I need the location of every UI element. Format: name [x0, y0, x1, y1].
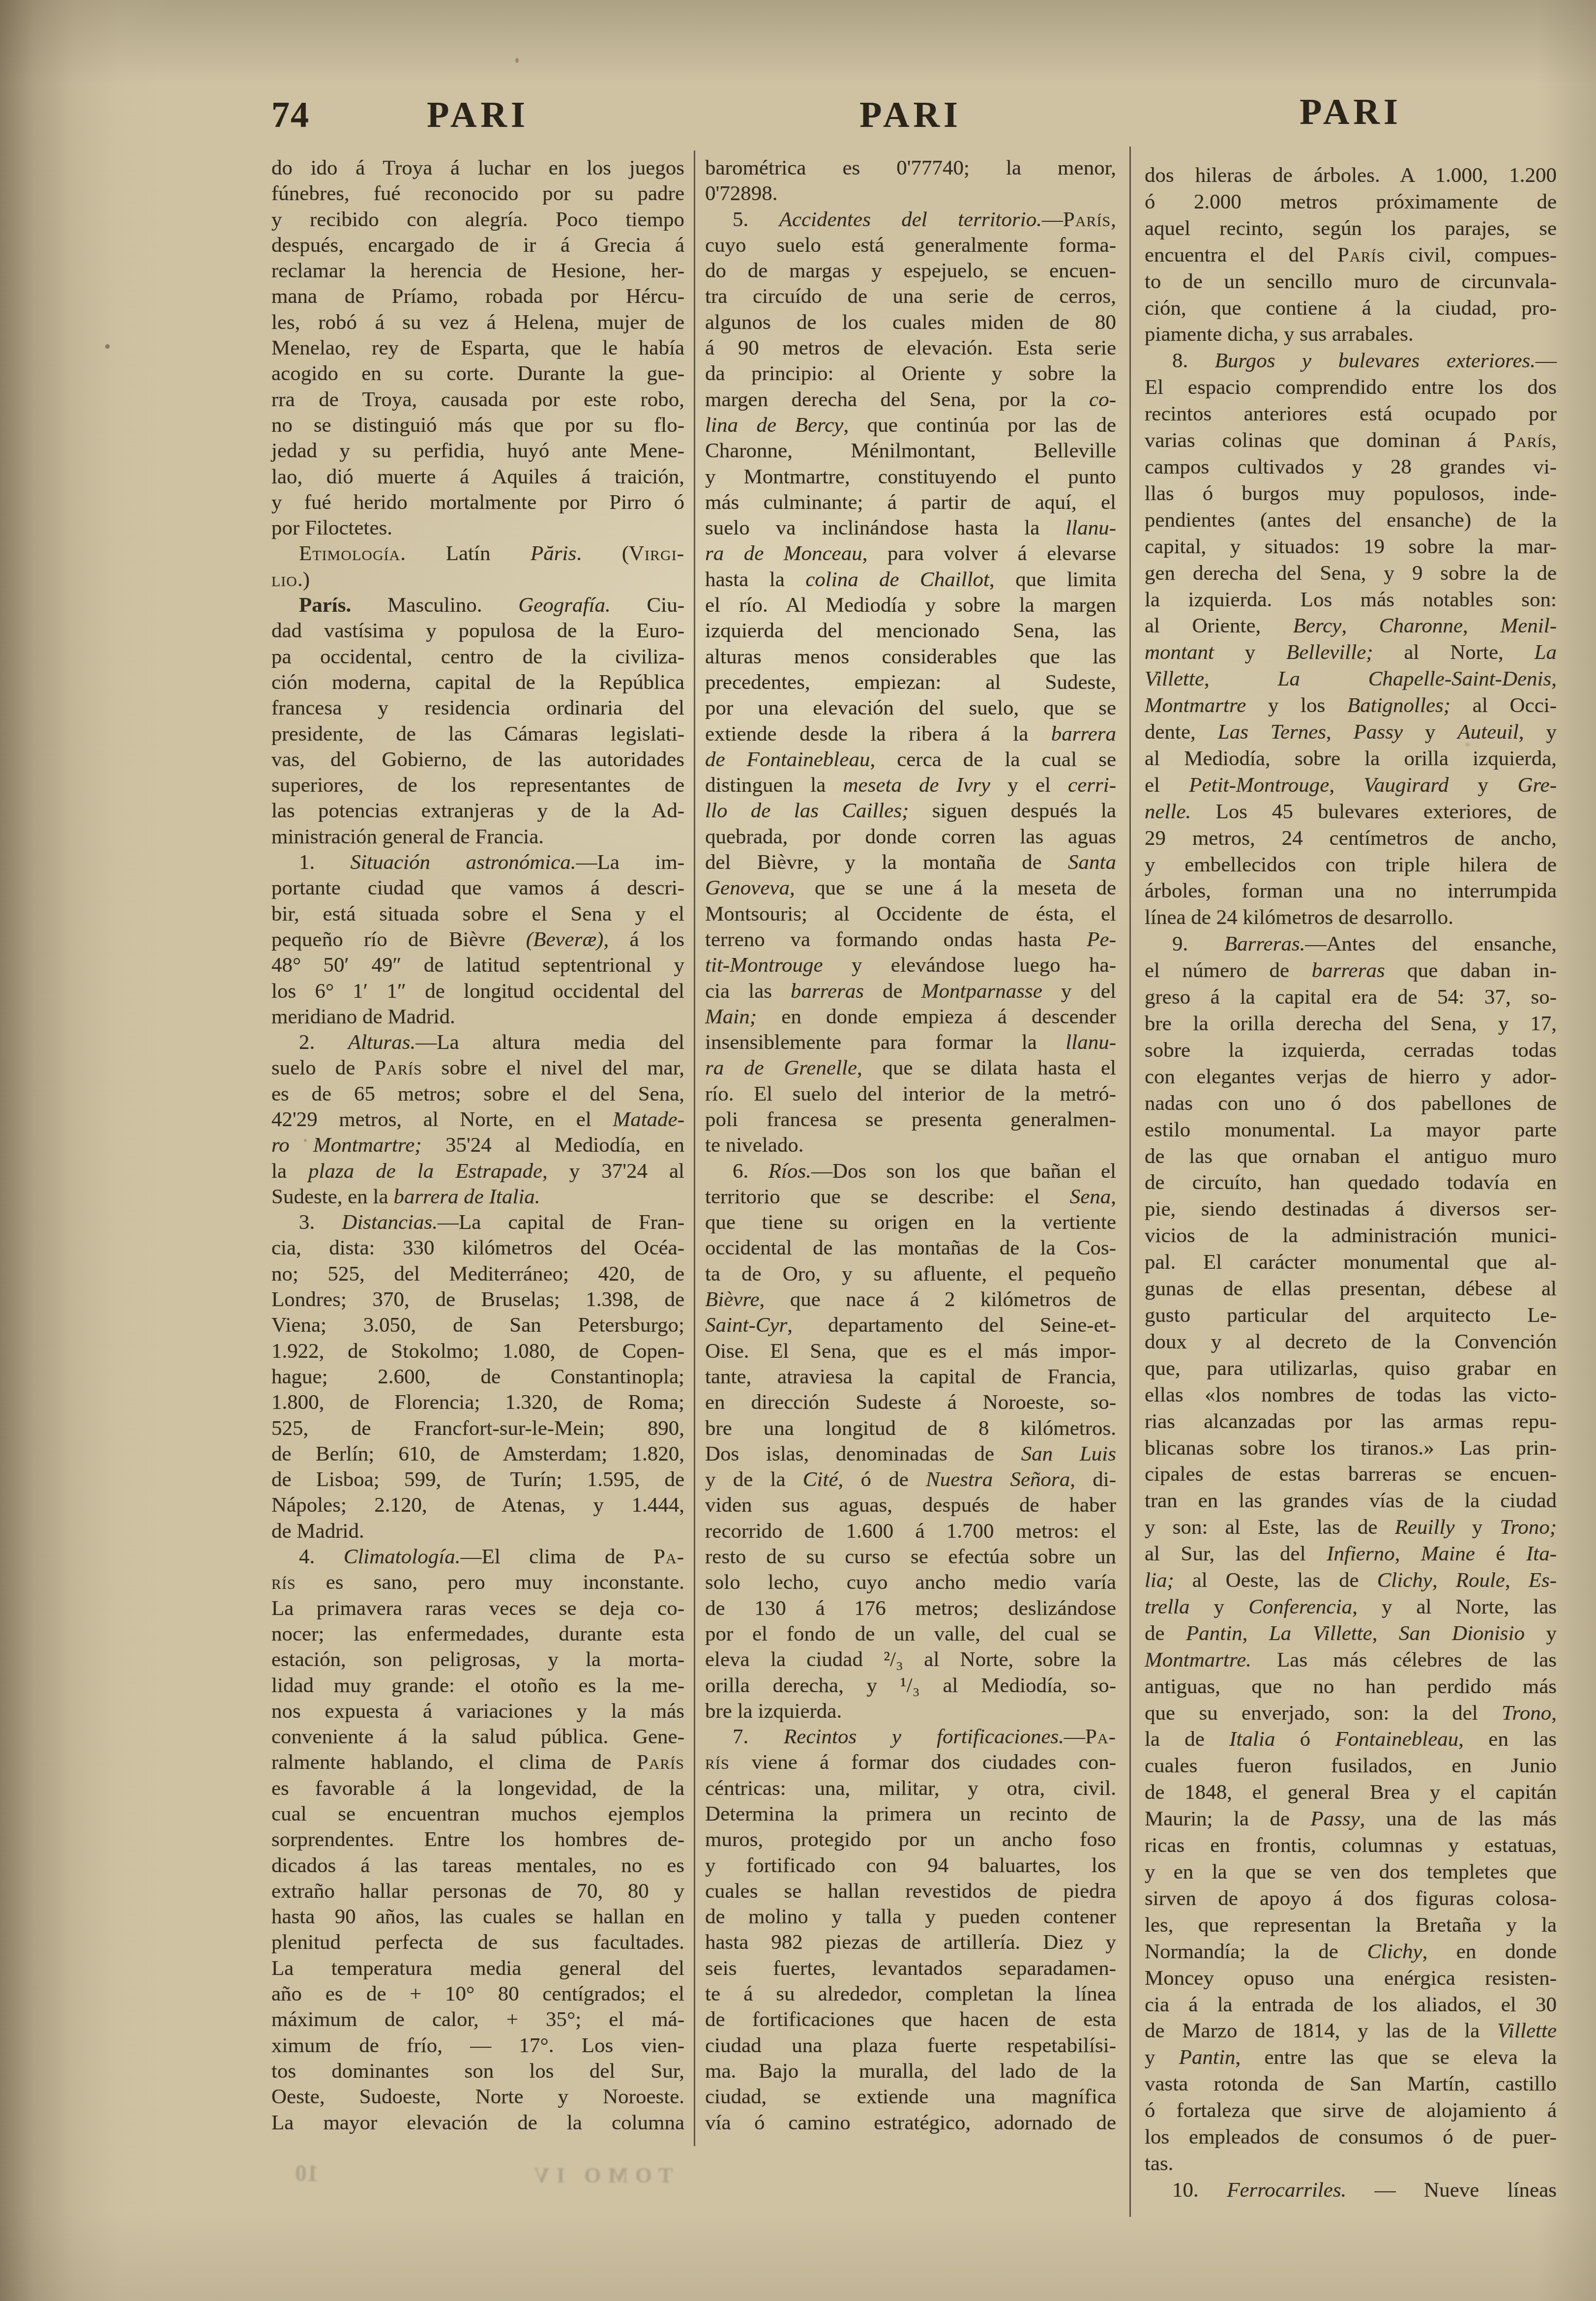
- text-line: la plaza de la Estrapade, y 37'24 al: [271, 1159, 684, 1184]
- text-line: les, robó á su vez á Helena, mujer de: [271, 310, 684, 335]
- text-line: Maurin; la de Passy, una de las más: [1145, 1806, 1557, 1832]
- text-line: cia, dista: 330 kilómetros del Océa-: [271, 1235, 684, 1261]
- text-line: ciudad una plaza fuerte respetabilísi-: [705, 2033, 1116, 2059]
- text-line: gusto particular del arquitecto Le-: [1145, 1302, 1557, 1329]
- text-line: francesa y residencia ordinaria del: [271, 695, 684, 721]
- text-line: dad vastísima y populosa de la Euro-: [271, 618, 684, 644]
- text-line: Oeste, Sudoeste, Norte y Noroeste.: [271, 2084, 684, 2110]
- text-line: pie, siendo destinadas á diversos ser-: [1145, 1196, 1557, 1223]
- running-head-column-2: PARI: [705, 94, 1116, 136]
- text-line: varias colinas que dominan á París,: [1145, 427, 1557, 454]
- paper-speck: [105, 344, 110, 349]
- text-line: los 6° 1′ 1″ de longitud occidental del: [271, 979, 684, 1004]
- text-line: lina de Bercy, que continúa por las de: [705, 413, 1116, 438]
- text-line: tos dominantes son los del Sur,: [271, 2059, 684, 2084]
- text-line: á 90 metros de elevación. Esta serie: [705, 335, 1116, 361]
- book-page: { "page": { "number": "74", "keyword": "…: [0, 0, 1596, 2301]
- text-line: Dos islas, denominadas de San Luis: [705, 1441, 1116, 1467]
- text-line: bre la izquierda.: [705, 1699, 1116, 1724]
- text-line: encuentra el del París civil, compues-: [1145, 242, 1557, 269]
- text-line: cia á la entrada de los aliados, el 30: [1145, 1992, 1557, 2018]
- text-line: al Mediodía, sobre la orilla izquierda,: [1145, 746, 1557, 772]
- text-line: algunos de los cuales miden de 80: [705, 310, 1116, 335]
- text-line: cuales se hallan revestidos de piedra: [705, 1879, 1116, 1904]
- text-line: pequeño río de Bièvre (Beveræ), á los: [271, 927, 684, 953]
- text-line: presidente, de las Cámaras legislati-: [271, 721, 684, 747]
- text-line: de Marzo de 1814, y las de la Villette: [1145, 2018, 1557, 2044]
- text-line: Saint-Cyr, departamento del Seine-et-: [705, 1313, 1116, 1338]
- text-line: bre una longitud de 8 kilómetros.: [705, 1416, 1116, 1441]
- text-line: dos hileras de árboles. A 1.000, 1.200: [1145, 162, 1557, 189]
- text-line: al Sur, las del Infierno, Maine é Ita-: [1145, 1541, 1557, 1567]
- column-divider-rule-2: [1129, 147, 1131, 2217]
- text-line: tas.: [1145, 2151, 1557, 2177]
- text-line: to de un sencillo muro de circunvala-: [1145, 269, 1557, 295]
- text-line: sirven de apoyo á dos figuras colosa-: [1145, 1885, 1557, 1912]
- text-line: Nápoles; 2.120, de Atenas, y 1.444,: [271, 1493, 684, 1518]
- text-line: no se distinguió más que por su flo-: [271, 413, 684, 438]
- text-line: muros, protegido por un ancho foso: [705, 1827, 1116, 1853]
- show-through-volume-mark: TOMO IV: [527, 2163, 673, 2188]
- text-line: antiguas, que no han perdido más: [1145, 1673, 1557, 1700]
- text-line: recorrido de 1.600 á 1.700 metros: el: [705, 1519, 1116, 1544]
- text-line: rís viene á formar dos ciudades con-: [705, 1750, 1116, 1775]
- text-line: pal. El carácter monumental que al-: [1145, 1249, 1557, 1276]
- text-line: do de margas y espejuelo, se encuen-: [705, 258, 1116, 284]
- text-line: el río. Al Mediodía y sobre la margen: [705, 593, 1116, 618]
- text-line: Montmartre y los Batignolles; al Occi-: [1145, 692, 1557, 719]
- text-line: y en la que se ven dos templetes que: [1145, 1859, 1557, 1885]
- text-line: reclamar la herencia de Hesione, her-: [271, 258, 684, 284]
- text-line: al Oriente, Bercy, Charonne, Menil-: [1145, 613, 1557, 639]
- text-line: Genoveva, que se une á la meseta de: [705, 875, 1116, 901]
- text-line: estilo monumental. La mayor parte: [1145, 1117, 1557, 1143]
- text-line: de Madrid.: [271, 1519, 684, 1544]
- text-line: ma. Bajo la muralla, del lado de la: [705, 2059, 1116, 2084]
- text-line: el Petit-Montrouge, Vaugirard y Gre-: [1145, 772, 1557, 799]
- text-line: cual se encuentran muchos ejemplos: [271, 1801, 684, 1827]
- text-line: dicados á las tareas mentales, no es: [271, 1853, 684, 1879]
- text-line: Main; en donde empieza á descender: [705, 1004, 1116, 1030]
- text-line: estación, son peligrosas, y la morta-: [271, 1647, 684, 1673]
- text-line: llas ó burgos muy populosos, inde-: [1145, 480, 1557, 507]
- text-line: 1.922, de Stokolmo; 1.080, de Copen-: [271, 1339, 684, 1364]
- paper-speck: [515, 58, 519, 63]
- text-line: Viena; 3.050, de San Petersburgo;: [271, 1313, 684, 1338]
- text-line: después, encargado de ir á Grecia á: [271, 233, 684, 258]
- text-line: ción, que contiene á la ciudad, pro-: [1145, 295, 1557, 322]
- text-line: de circuíto, han quedado todavía en: [1145, 1169, 1557, 1196]
- text-line: no; 525, del Mediterráneo; 420, de: [271, 1261, 684, 1287]
- text-line: que su enverjado, son: la del Trono,: [1145, 1700, 1557, 1727]
- text-line: y Montmartre, constituyendo el punto: [705, 464, 1116, 490]
- text-line: 525, de Francfort-sur-le-Mein; 890,: [271, 1416, 684, 1441]
- text-line: tit-Montrouge y elevándose luego ha-: [705, 953, 1116, 978]
- text-line: y embellecidos con triple hilera de: [1145, 852, 1557, 878]
- text-line: acogido en su corte. Durante la gue-: [271, 361, 684, 387]
- text-line: rra de Troya, causada por este robo,: [271, 387, 684, 413]
- text-line: 1. Situación astronómica.—La im-: [271, 850, 684, 875]
- text-line: les, que representan la Bretaña y la: [1145, 1912, 1557, 1939]
- text-line: Menelao, rey de Esparta, que le había: [271, 335, 684, 361]
- text-line: es favorable á la longevidad, de la: [271, 1776, 684, 1801]
- text-line: aquel recinto, según los parajes, se: [1145, 215, 1557, 242]
- text-line: precedentes, empiezan: al Sudeste,: [705, 670, 1116, 695]
- text-line: La temperatura media general del: [271, 1956, 684, 1981]
- text-line: bir, está situada sobre el Sena y el: [271, 901, 684, 927]
- text-line: territorio que se describe: el Sena,: [705, 1184, 1116, 1210]
- text-line: bre la orilla derecha del Sena, y 17,: [1145, 1011, 1557, 1037]
- text-line: por una elevación del suelo, que se: [705, 695, 1116, 721]
- text-line: Normandía; la de Clichy, en donde: [1145, 1939, 1557, 1965]
- running-head-column-3: PARI: [1145, 91, 1557, 133]
- text-line: portante ciudad que vamos á descri-: [271, 875, 684, 901]
- text-line: nelle. Los 45 bulevares exteriores, de: [1145, 799, 1557, 825]
- text-line: poli francesa se presenta generalmen-: [705, 1107, 1116, 1133]
- text-column-3: dos hileras de árboles. A 1.000, 1.200ó …: [1145, 162, 1557, 2204]
- text-line: Sudeste, en la barrera de Italia.: [271, 1184, 684, 1210]
- text-line: cuyo suelo está generalmente forma-: [705, 233, 1116, 258]
- text-line: es de 65 metros; sobre el del Sena,: [271, 1081, 684, 1107]
- text-line: Moncey opuso una enérgica resisten-: [1145, 1965, 1557, 1992]
- text-line: línea de 24 kilómetros de desarrollo.: [1145, 904, 1557, 931]
- text-line: margen derecha del Sena, por la co-: [705, 387, 1116, 413]
- text-line: hasta 982 piezas de artillería. Diez y: [705, 1930, 1116, 1955]
- show-through-signature-mark: 10: [295, 2160, 319, 2187]
- text-line: distinguen la meseta de Ivry y el cerri-: [705, 773, 1116, 798]
- text-line: lidad muy grande: el otoño es la me-: [271, 1673, 684, 1699]
- text-line: Charonne, Ménilmontant, Belleville: [705, 438, 1116, 464]
- text-line: de 130 á 176 metros; deslizándose: [705, 1596, 1116, 1621]
- text-line: 42'29 metros, al Norte, en el Matade-: [271, 1107, 684, 1133]
- text-line: blicanas sobre los tiranos.» Las prin-: [1145, 1435, 1557, 1462]
- text-line: Determina la primera un recinto de: [705, 1801, 1116, 1827]
- text-line: llo de las Cailles; siguen después la: [705, 798, 1116, 824]
- text-line: ra de Grenelle, que se dilata hasta el: [705, 1055, 1116, 1081]
- text-line: ministración general de Francia.: [271, 824, 684, 850]
- text-line: hasta la colina de Chaillot, que limita: [705, 567, 1116, 593]
- text-line: y recibido con alegría. Poco tiempo: [271, 207, 684, 233]
- text-line: dente, Las Ternes, Passy y Auteuil, y: [1145, 719, 1557, 746]
- text-line: nocer; las enfermedades, durante esta: [271, 1621, 684, 1647]
- text-line: hasta 90 años, las cuales se hallan en: [271, 1904, 684, 1930]
- text-line: de Fontainebleau, cerca de la cual se: [705, 747, 1116, 773]
- text-line: ximum de frío, — 17°. Los vien-: [271, 2033, 684, 2059]
- text-line: doux y al decreto de la Convención: [1145, 1329, 1557, 1355]
- text-line: gen derecha del Sena, y 9 sobre la de: [1145, 560, 1557, 587]
- paper-speck: [1465, 743, 1470, 747]
- text-line: recintos anteriores está ocupado por: [1145, 401, 1557, 427]
- text-line: gunas de ellas presentan, débese al: [1145, 1276, 1557, 1302]
- text-column-1: do ido á Troya á luchar en los juegosfún…: [271, 155, 684, 2136]
- text-line: campos cultivados y 28 grandes vi-: [1145, 454, 1557, 480]
- text-line: da principio: al Oriente y sobre la: [705, 361, 1116, 387]
- text-line: río. El suelo del interior de la metró-: [705, 1081, 1116, 1107]
- text-line: resto de su curso se efectúa sobre un: [705, 1544, 1116, 1570]
- text-line: 1.800, de Florencia; 1.320, de Roma;: [271, 1390, 684, 1415]
- paper-speck: [304, 1139, 307, 1142]
- text-line: piamente dicha, y sus arrabales.: [1145, 321, 1557, 348]
- text-line: ciudad, se extiende una magnífica: [705, 2084, 1116, 2110]
- text-line: 9. Barreras.—Antes del ensanche,: [1145, 931, 1557, 957]
- text-line: ta de Oro, y su afluente, el pequeño: [705, 1261, 1116, 1287]
- text-line: hague; 2.600, de Constantinopla;: [271, 1364, 684, 1390]
- text-line: extiende desde la ribera á la barrera: [705, 721, 1116, 747]
- text-line: terreno va formando ondas hasta Pe-: [705, 927, 1116, 953]
- text-line: Bièvre, que nace á 2 kilómetros de: [705, 1287, 1116, 1313]
- text-line: de Pantin, La Villette, San Dionisio y: [1145, 1620, 1557, 1647]
- text-line: cuales fueron fusilados, en Junio: [1145, 1753, 1557, 1779]
- text-line: Montmartre. Las más célebres de las: [1145, 1647, 1557, 1673]
- text-line: lia; al Oeste, las de Clichy, Roule, Es-: [1145, 1567, 1557, 1594]
- text-line: ellas «los nombres de todas las victo-: [1145, 1382, 1557, 1408]
- text-line: y son: al Este, las de Reuilly y Trono;: [1145, 1514, 1557, 1541]
- text-line: ro Montmartre; 35'24 al Mediodía, en: [271, 1133, 684, 1158]
- text-line: de las que ornaban el antiguo muro: [1145, 1143, 1557, 1170]
- text-line: ra de Monceau, para volver á elevarse: [705, 541, 1116, 567]
- text-line: 5. Accidentes del territorio.—París,: [705, 207, 1116, 233]
- text-line: orilla derecha, y ¹/₃ al Mediodía, so-: [705, 1673, 1116, 1699]
- text-line: rias alcanzadas por las armas repu-: [1145, 1408, 1557, 1435]
- text-line: de molino y talla y pueden contener: [705, 1904, 1116, 1930]
- text-line: eleva la ciudad ²/₃ al Norte, sobre la: [705, 1647, 1116, 1673]
- text-line: capital, y situados: 19 sobre la mar-: [1145, 534, 1557, 560]
- text-line: pendientes (antes del ensanche) de la: [1145, 507, 1557, 534]
- text-line: año es de + 10° 80 centígrados; el: [271, 1981, 684, 2007]
- text-line: trella y Conferencia, y al Norte, las: [1145, 1594, 1557, 1620]
- text-line: greso á la capital era de 54: 37, so-: [1145, 984, 1557, 1011]
- text-line: vas, del Gobierno, de las autoridades: [271, 747, 684, 773]
- text-line: 2. Alturas.—La altura media del: [271, 1030, 684, 1055]
- text-line: ó fortaleza que sirve de alojamiento á: [1145, 2097, 1557, 2124]
- text-line: seis fuertes, levantados separadamen-: [705, 1956, 1116, 1981]
- text-line: suelo de París sobre el nivel del mar,: [271, 1055, 684, 1081]
- text-line: tante, atraviesa la capital de Francia,: [705, 1364, 1116, 1390]
- text-line: en dirección Sudeste á Noroeste, so-: [705, 1390, 1116, 1415]
- text-line: de fortificaciones que hacen de esta: [705, 2007, 1116, 2032]
- text-line: céntricas: una, militar, y otra, civil.: [705, 1776, 1116, 1801]
- text-line: y fué herido mortalmente por Pirro ó: [271, 490, 684, 515]
- text-line: cipales de estas barreras se encuen-: [1145, 1461, 1557, 1488]
- text-line: occidental de las montañas de la Cos-: [705, 1235, 1116, 1261]
- text-line: La mayor elevación de la columna: [271, 2110, 684, 2136]
- text-line: Londres; 370, de Bruselas; 1.398, de: [271, 1287, 684, 1313]
- text-line: y de la Cité, ó de Nuestra Señora, di-: [705, 1467, 1116, 1493]
- text-line: Etimología. Latín Păris. (Virgi-: [271, 541, 684, 567]
- text-line: fúnebres, fué reconocido por su padre: [271, 181, 684, 207]
- text-line: que tiene su origen en la vertiente: [705, 1210, 1116, 1235]
- text-line: conveniente á la salud pública. Gene-: [271, 1724, 684, 1750]
- text-line: del Bièvre, y la montaña de Santa: [705, 850, 1116, 875]
- text-line: tran en las grandes vías de la ciudad: [1145, 1488, 1557, 1514]
- text-line: la de Italia ó Fontainebleau, en las: [1145, 1726, 1557, 1753]
- text-line: rís es sano, pero muy inconstante.: [271, 1570, 684, 1595]
- text-line: por Filoctetes.: [271, 515, 684, 541]
- text-line: quebrada, por donde corren las aguas: [705, 824, 1116, 850]
- text-line: alturas menos considerables que las: [705, 644, 1116, 670]
- text-line: barométrica es 0'77740; la menor,: [705, 155, 1116, 181]
- text-line: de Berlín; 610, de Amsterdam; 1.820,: [271, 1441, 684, 1467]
- text-line: extraño hallar personas de 70, 80 y: [271, 1879, 684, 1904]
- text-line: lio.): [271, 567, 684, 593]
- text-line: Villette, La Chapelle-Saint-Denis,: [1145, 666, 1557, 692]
- text-line: 7. Recintos y fortificaciones.—Pa-: [705, 1724, 1116, 1750]
- text-line: La primavera raras veces se deja co-: [271, 1596, 684, 1621]
- text-line: ción moderna, capital de la República: [271, 670, 684, 695]
- text-line: más culminante; á partir de aquí, el: [705, 490, 1116, 515]
- text-line: vicios de la administración munici-: [1145, 1223, 1557, 1249]
- text-line: Oise. El Sena, que es el más impor-: [705, 1339, 1116, 1364]
- text-line: la izquierda. Los más notables son:: [1145, 587, 1557, 613]
- text-line: do ido á Troya á luchar en los juegos: [271, 155, 684, 181]
- text-line: ralmente hablando, el clima de París: [271, 1750, 684, 1775]
- text-line: vasta rotonda de San Martín, castillo: [1145, 2071, 1557, 2097]
- text-line: insensiblemente para formar la llanu-: [705, 1030, 1116, 1055]
- text-line: los empleados de consumos ó de puer-: [1145, 2124, 1557, 2151]
- text-line: pa occidental, centro de la civiliza-: [271, 644, 684, 670]
- text-line: 0'72898.: [705, 181, 1116, 207]
- text-line: 29 metros, 24 centímetros de ancho,: [1145, 825, 1557, 852]
- text-line: y fortificado con 94 baluartes, los: [705, 1853, 1116, 1879]
- text-line: cia las barreras de Montparnasse y del: [705, 979, 1116, 1004]
- text-line: jedad y su perfidia, huyó ante Mene-: [271, 438, 684, 464]
- text-line: El espacio comprendido entre los dos: [1145, 374, 1557, 401]
- text-line: solo lecho, cuyo ancho medio varía: [705, 1570, 1116, 1595]
- text-line: izquierda del mencionado Sena, las: [705, 618, 1116, 644]
- text-line: 48° 50′ 49″ de latitud septentrional y: [271, 953, 684, 978]
- text-line: de 1848, el general Brea y el capitán: [1145, 1779, 1557, 1806]
- text-line: nadas con uno ó dos pabellones de: [1145, 1090, 1557, 1117]
- text-line: ó 2.000 metros próximamente de: [1145, 189, 1557, 215]
- text-line: lao, dió muerte á Aquiles á traición,: [271, 464, 684, 490]
- text-line: ricas en frontis, columnas y estatuas,: [1145, 1832, 1557, 1859]
- text-line: máximum de calor, + 35°; el má-: [271, 2007, 684, 2032]
- text-line: superiores, de los representantes de: [271, 773, 684, 798]
- text-line: sorprendentes. Entre los hombres de-: [271, 1827, 684, 1853]
- text-line: suelo va inclinándose hasta la llanu-: [705, 515, 1116, 541]
- text-line: vía ó camino estratégico, adornado de: [705, 2110, 1116, 2136]
- text-line: nos expuesta á variaciones y la más: [271, 1699, 684, 1724]
- text-line: 4. Climatología.—El clima de Pa-: [271, 1544, 684, 1570]
- text-line: te á su alrededor, completan la línea: [705, 1981, 1116, 2007]
- text-line: plenitud perfecta de sus facultades.: [271, 1930, 684, 1955]
- text-line: 3. Distancias.—La capital de Fran-: [271, 1210, 684, 1235]
- text-line: meridiano de Madrid.: [271, 1004, 684, 1030]
- text-line: 6. Ríos.—Dos son los que bañan el: [705, 1159, 1116, 1184]
- text-line: sobre la izquierda, cerradas todas: [1145, 1037, 1557, 1064]
- text-line: te nivelado.: [705, 1133, 1116, 1158]
- running-head-column-1: PARI: [271, 94, 684, 136]
- text-line: viden sus aguas, después de haber: [705, 1493, 1116, 1518]
- text-line: mana de Príamo, robada por Hércu-: [271, 284, 684, 309]
- text-line: tra circuído de una serie de cerros,: [705, 284, 1116, 309]
- column-divider-rule-1: [694, 150, 695, 2146]
- text-line: árboles, forman una no interrumpida: [1145, 878, 1557, 904]
- text-line: de Lisboa; 599, de Turín; 1.595, de: [271, 1467, 684, 1493]
- text-line: por el fondo de un valle, del cual se: [705, 1621, 1116, 1647]
- text-line: las potencias extranjeras y de la Ad-: [271, 798, 684, 824]
- text-line: y Pantin, entre las que se eleva la: [1145, 2044, 1557, 2071]
- text-line: que, para utilizarlas, quiso grabar en: [1145, 1355, 1557, 1382]
- text-line: París. Masculino. Geografía. Ciu-: [271, 593, 684, 618]
- text-line: con elegantes verjas de hierro y ador-: [1145, 1064, 1557, 1090]
- text-column-2: barométrica es 0'77740; la menor,0'72898…: [705, 155, 1116, 2136]
- text-line: 8. Burgos y bulevares exteriores.—: [1145, 348, 1557, 374]
- text-line: el número de barreras que daban in-: [1145, 957, 1557, 984]
- text-line: montant y Belleville; al Norte, La: [1145, 639, 1557, 666]
- text-line: 10. Ferrocarriles. — Nueve líneas: [1145, 2177, 1557, 2204]
- text-line: Montsouris; al Occidente de ésta, el: [705, 901, 1116, 927]
